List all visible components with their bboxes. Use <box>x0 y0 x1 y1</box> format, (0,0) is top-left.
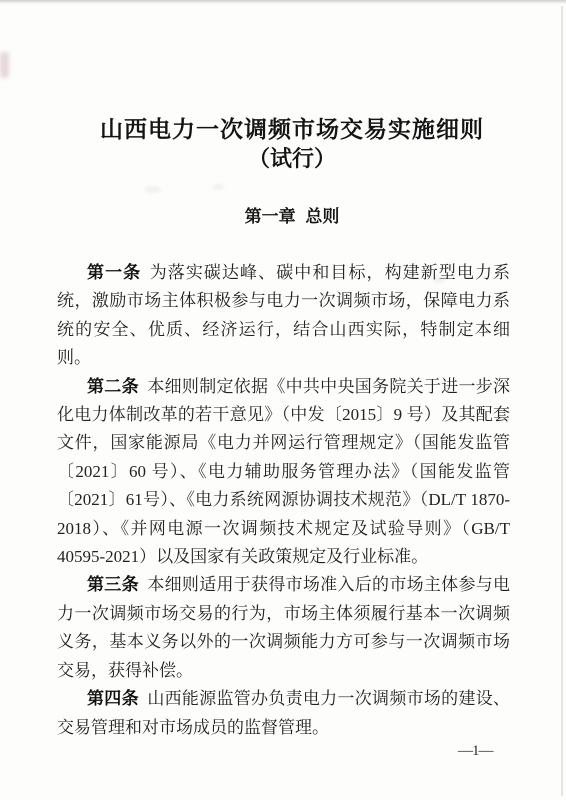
article-2-text: 本细则制定依据《中共中央国务院关于进一步深化电力体制改革的若干意见》（中发〔20… <box>57 377 510 566</box>
page-number: —1— <box>458 743 493 759</box>
scan-speck-artifact <box>145 186 161 193</box>
article-3-label: 第三条 <box>87 575 139 594</box>
document-subtitle-trial: （试行） <box>57 146 527 172</box>
document-title: 山西电力一次调频市场交易实施细则 <box>57 116 527 143</box>
scan-speck-artifact <box>212 184 224 190</box>
scan-edge-artifact-top <box>0 0 566 4</box>
paragraph-article-4: 第四条山西能源监管办负责电力一次调频市场的建设、交易管理和对市场成员的监督管理。 <box>57 685 510 742</box>
chapter-one-heading: 第一章 总则 <box>57 206 527 228</box>
scanned-document-page: 山西电力一次调频市场交易实施细则 （试行） 第一章 总则 第一条为落实碳达峰、碳… <box>0 0 566 800</box>
scan-smudge-artifact <box>0 52 9 78</box>
paragraph-article-3: 第三条本细则适用于获得市场准入后的市场主体参与电力一次调频市场交易的行为，市场主… <box>57 571 510 685</box>
document-body: 第一条为落实碳达峰、碳中和目标，构建新型电力系统，激励市场主体积极参与电力一次调… <box>57 259 510 742</box>
article-4-label: 第四条 <box>87 689 139 708</box>
paragraph-article-1: 第一条为落实碳达峰、碳中和目标，构建新型电力系统，激励市场主体积极参与电力一次调… <box>57 259 510 373</box>
article-2-label: 第二条 <box>87 377 139 396</box>
article-1-label: 第一条 <box>87 263 141 282</box>
paragraph-article-2: 第二条本细则制定依据《中共中央国务院关于进一步深化电力体制改革的若干意见》（中发… <box>57 373 510 572</box>
scan-edge-artifact-right <box>561 6 563 796</box>
